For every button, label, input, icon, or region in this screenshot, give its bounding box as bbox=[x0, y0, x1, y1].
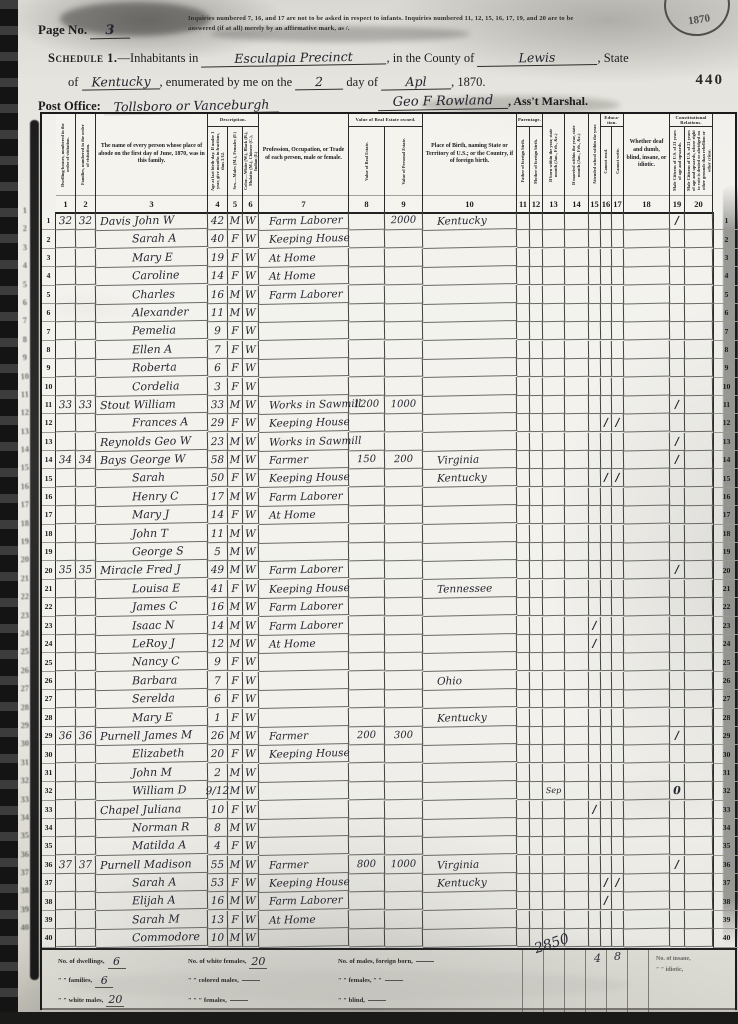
cell-married-month bbox=[565, 616, 589, 635]
cell-vote-denied bbox=[685, 285, 713, 304]
table-row: 38 Elijah A 16 M W Farm Laborer / 38 bbox=[42, 892, 735, 910]
cell-birthplace bbox=[423, 413, 517, 433]
cell-married-month bbox=[565, 635, 589, 654]
cell-male-citizen bbox=[670, 635, 685, 654]
cell-name: Serelda bbox=[96, 689, 208, 710]
cell-color: W bbox=[243, 929, 259, 948]
row-number-right: 32 bbox=[713, 782, 738, 800]
cell-sex: F bbox=[228, 745, 243, 764]
bleed-row-number: 25 bbox=[17, 646, 34, 665]
cell-male-citizen bbox=[670, 708, 685, 727]
cell-vote-denied bbox=[685, 635, 713, 654]
cell-male-citizen bbox=[670, 745, 685, 764]
footer-stat-value: 6 bbox=[108, 955, 126, 969]
cell-personal-estate bbox=[385, 414, 423, 433]
cell-birthplace bbox=[423, 781, 517, 801]
cell-personal-estate bbox=[385, 671, 423, 690]
cell-family-number bbox=[76, 616, 96, 635]
col-header-cannot-write: Cannot write. bbox=[612, 127, 624, 195]
cell-age: 16 bbox=[208, 598, 228, 617]
row-number-left: 12 bbox=[42, 414, 56, 432]
column-number: 11 bbox=[517, 195, 530, 212]
cell-father-foreign bbox=[517, 525, 530, 544]
cell-attended-school bbox=[589, 782, 601, 801]
cell-real-estate bbox=[349, 506, 385, 525]
cell-father-foreign bbox=[517, 819, 530, 838]
cell-age: 14 bbox=[208, 616, 228, 635]
bleed-row-number: 24 bbox=[17, 628, 34, 647]
cell-married-month bbox=[565, 855, 589, 874]
cell-cannot-write bbox=[612, 212, 624, 231]
cell-male-citizen: / bbox=[670, 451, 685, 470]
table-row: 4 Caroline 14 F W At Home 4 bbox=[42, 267, 735, 285]
row-number-right: 34 bbox=[713, 819, 738, 837]
schedule-label: Schedule 1. bbox=[48, 51, 117, 65]
footer-stat-label: No. of white females, bbox=[188, 958, 246, 965]
cell-attended-school: / bbox=[589, 616, 601, 635]
cell-color: W bbox=[243, 396, 259, 415]
cell-occupation bbox=[259, 689, 349, 709]
cell-sex: F bbox=[228, 359, 243, 378]
cell-color: W bbox=[243, 488, 259, 507]
census-table: Dwelling-houses, numbered in the order o… bbox=[40, 112, 737, 1010]
row-number-right: 9 bbox=[713, 359, 738, 377]
cell-mother-foreign bbox=[530, 322, 543, 341]
row-number-right: 1 bbox=[713, 212, 738, 230]
cell-cannot-write bbox=[612, 249, 624, 268]
table-row: 32 William D 9/12 M W Sep 0 32 bbox=[42, 782, 735, 800]
cell-cannot-read bbox=[601, 672, 612, 691]
row-number-right: 29 bbox=[713, 727, 738, 745]
cell-name: Mary J bbox=[96, 505, 208, 526]
row-number-left: 35 bbox=[42, 837, 56, 855]
cell-dwelling-number bbox=[56, 800, 76, 819]
cell-mother-foreign bbox=[530, 341, 543, 360]
cell-sex: F bbox=[228, 267, 243, 286]
cell-vote-denied bbox=[685, 855, 713, 874]
cell-real-estate bbox=[349, 304, 385, 323]
post-office-label: Post Office: bbox=[38, 99, 101, 113]
cell-age: 58 bbox=[208, 451, 228, 470]
cell-father-foreign bbox=[517, 433, 530, 452]
cell-father-foreign bbox=[517, 653, 530, 672]
cell-name: Elizabeth bbox=[96, 744, 208, 765]
cell-family-number bbox=[76, 322, 96, 341]
cell-cannot-read bbox=[601, 212, 612, 231]
cell-cannot-write bbox=[612, 892, 624, 911]
cell-married-month bbox=[565, 782, 589, 801]
cell-name: Elijah A bbox=[96, 891, 208, 912]
cell-cannot-write bbox=[612, 800, 624, 819]
cell-father-foreign bbox=[517, 598, 530, 617]
cell-born-month bbox=[543, 819, 565, 838]
cell-male-citizen bbox=[670, 690, 685, 709]
cell-male-citizen bbox=[670, 322, 685, 341]
cell-real-estate: 800 bbox=[349, 855, 385, 874]
cell-occupation: At Home bbox=[259, 910, 349, 930]
cell-deaf-dumb bbox=[624, 653, 670, 672]
row-number-left: 7 bbox=[42, 322, 56, 340]
cell-vote-denied bbox=[685, 396, 713, 415]
row-number-left: 23 bbox=[42, 617, 56, 635]
cell-mother-foreign bbox=[530, 469, 543, 488]
cell-birthplace bbox=[423, 891, 517, 911]
cell-deaf-dumb bbox=[624, 671, 670, 690]
table-row: 21 Louisa E 41 F W Keeping House Tenness… bbox=[42, 580, 735, 598]
column-number: 18 bbox=[624, 195, 670, 212]
cell-personal-estate: 1000 bbox=[385, 396, 423, 415]
row-number-right: 5 bbox=[713, 286, 738, 304]
cell-age: 11 bbox=[208, 304, 228, 323]
cell-father-foreign bbox=[517, 304, 530, 323]
cell-vote-denied bbox=[685, 929, 713, 948]
cell-real-estate bbox=[349, 616, 385, 635]
cell-real-estate bbox=[349, 929, 385, 948]
cell-male-citizen bbox=[670, 892, 685, 911]
cell-color: W bbox=[243, 506, 259, 525]
cell-mother-foreign bbox=[530, 359, 543, 378]
cell-personal-estate bbox=[385, 377, 423, 396]
row-number-right: 25 bbox=[713, 653, 738, 671]
cell-vote-denied bbox=[685, 359, 713, 378]
month-value: Apl bbox=[381, 73, 451, 90]
cell-deaf-dumb bbox=[624, 745, 670, 764]
cell-born-month bbox=[543, 837, 565, 856]
bleed-row-number: 17 bbox=[17, 499, 34, 518]
cell-deaf-dumb bbox=[624, 543, 670, 562]
cell-deaf-dumb bbox=[624, 874, 670, 893]
cell-family-number bbox=[76, 230, 96, 249]
cell-mother-foreign bbox=[530, 782, 543, 801]
row-number-right: 40 bbox=[713, 929, 738, 947]
cell-color: W bbox=[243, 892, 259, 911]
scan-bottom-edge bbox=[0, 1012, 738, 1024]
cell-married-month bbox=[565, 524, 589, 543]
row-number-right: 2 bbox=[713, 230, 738, 248]
cell-born-month bbox=[543, 580, 565, 599]
cell-age: 3 bbox=[208, 377, 228, 396]
cell-born-month bbox=[543, 249, 565, 268]
cell-cannot-read bbox=[601, 377, 612, 396]
cell-dwelling-number bbox=[56, 580, 76, 599]
cell-cannot-read bbox=[601, 708, 612, 727]
cell-father-foreign bbox=[517, 561, 530, 580]
precinct-value: Esculapia Precinct bbox=[201, 48, 386, 67]
cell-attended-school bbox=[589, 672, 601, 691]
cell-born-month bbox=[543, 377, 565, 396]
row-number-right: 37 bbox=[713, 874, 738, 892]
footer-stat-value bbox=[385, 980, 403, 981]
cell-sex: M bbox=[228, 396, 243, 415]
cell-family-number bbox=[76, 304, 96, 323]
cell-born-month bbox=[543, 708, 565, 727]
cell-personal-estate bbox=[385, 635, 423, 654]
cell-sex: F bbox=[228, 249, 243, 268]
cell-personal-estate bbox=[385, 874, 423, 893]
cell-sex: F bbox=[228, 708, 243, 727]
cell-real-estate bbox=[349, 892, 385, 911]
cell-born-month: Sep bbox=[543, 782, 565, 801]
cell-cannot-read: / bbox=[601, 892, 612, 911]
cell-name: Pemelia bbox=[96, 321, 208, 342]
cell-deaf-dumb bbox=[624, 818, 670, 837]
footer-stat-value bbox=[242, 980, 260, 981]
cell-personal-estate bbox=[385, 579, 423, 598]
cell-cannot-write: / bbox=[612, 414, 624, 433]
bleed-row-number: 37 bbox=[17, 867, 34, 886]
cell-cannot-read bbox=[601, 525, 612, 544]
cell-born-month bbox=[543, 267, 565, 286]
cell-family-number bbox=[76, 341, 96, 360]
cell-dwelling-number bbox=[56, 322, 76, 341]
row-number-right: 4 bbox=[713, 267, 738, 285]
cell-occupation bbox=[259, 377, 349, 397]
cell-cannot-write bbox=[612, 488, 624, 507]
cell-color: W bbox=[243, 745, 259, 764]
row-number-right: 17 bbox=[713, 506, 738, 524]
table-row: 12 Frances A 29 F W Keeping House / / 12 bbox=[42, 414, 735, 432]
cell-male-citizen bbox=[670, 911, 685, 930]
table-row: 36 37 37 Purnell Madison 55 M W Farmer 8… bbox=[42, 856, 735, 874]
table-row: 19 George S 5 M W 19 bbox=[42, 543, 735, 561]
cell-cannot-read bbox=[601, 451, 612, 470]
cell-vote-denied bbox=[685, 340, 713, 359]
cell-attended-school bbox=[589, 819, 601, 838]
cell-male-citizen bbox=[670, 377, 685, 396]
cell-dwelling-number bbox=[56, 653, 76, 672]
cell-sex: F bbox=[228, 672, 243, 691]
marshal-signature-line: Geo F Rowland, Ass't Marshal. bbox=[378, 94, 588, 110]
cell-birthplace: Tennessee bbox=[423, 579, 517, 599]
cell-occupation: At Home bbox=[259, 266, 349, 286]
of-label: of bbox=[68, 75, 78, 89]
cell-male-citizen bbox=[670, 359, 685, 378]
cell-name: Chapel Juliana bbox=[96, 799, 208, 820]
cell-family-number bbox=[76, 249, 96, 268]
row-number-right: 22 bbox=[713, 598, 738, 616]
cell-cannot-write bbox=[612, 635, 624, 654]
row-number-left: 5 bbox=[42, 286, 56, 304]
cell-deaf-dumb bbox=[624, 212, 670, 231]
row-number-left: 32 bbox=[42, 782, 56, 800]
cell-dwelling-number: 36 bbox=[56, 727, 76, 746]
cell-mother-foreign bbox=[530, 285, 543, 304]
cell-cannot-read bbox=[601, 727, 612, 746]
cell-occupation bbox=[259, 781, 349, 801]
cell-age: 1 bbox=[208, 708, 228, 727]
cell-attended-school: / bbox=[589, 635, 601, 654]
cell-color: W bbox=[243, 874, 259, 893]
cell-vote-denied bbox=[685, 745, 713, 764]
cell-cannot-write bbox=[612, 451, 624, 470]
cell-real-estate bbox=[349, 819, 385, 838]
cell-birthplace bbox=[423, 377, 517, 397]
bleed-row-number: 13 bbox=[17, 425, 34, 444]
cell-personal-estate: 200 bbox=[385, 451, 423, 470]
cell-sex: F bbox=[228, 653, 243, 672]
cell-attended-school bbox=[589, 708, 601, 727]
cell-family-number bbox=[76, 911, 96, 930]
cell-occupation: Keeping House bbox=[259, 413, 349, 433]
cell-real-estate bbox=[349, 763, 385, 782]
col-header-born-month: If born within the year, state month (Ja… bbox=[543, 114, 565, 195]
cell-family-number bbox=[76, 543, 96, 562]
cell-cannot-write bbox=[612, 819, 624, 838]
cell-attended-school bbox=[589, 727, 601, 746]
column-number: 10 bbox=[423, 195, 517, 212]
cell-vote-denied bbox=[685, 267, 713, 286]
cell-name: Sarah A bbox=[96, 229, 208, 250]
cell-real-estate bbox=[349, 359, 385, 378]
cell-personal-estate bbox=[385, 561, 423, 580]
cell-male-citizen bbox=[670, 524, 685, 543]
cell-dwelling-number bbox=[56, 249, 76, 268]
table-row: 2 Sarah A 40 F W Keeping House 2 bbox=[42, 230, 735, 248]
table-row: 22 James C 16 M W Farm Laborer 22 bbox=[42, 598, 735, 616]
row-number-right: 31 bbox=[713, 764, 738, 782]
col-header-real-estate: Value of Real Estate. bbox=[349, 127, 385, 195]
cell-personal-estate: 2000 bbox=[385, 212, 423, 231]
cell-real-estate bbox=[349, 230, 385, 249]
cell-vote-denied bbox=[685, 782, 713, 801]
cell-sex: M bbox=[228, 433, 243, 452]
cell-vote-denied bbox=[685, 248, 713, 267]
cell-personal-estate bbox=[385, 359, 423, 378]
cell-father-foreign bbox=[517, 727, 530, 746]
row-number-left: 27 bbox=[42, 690, 56, 708]
table-row: 14 34 34 Bays George W 58 M W Farmer 150… bbox=[42, 451, 735, 469]
cell-father-foreign bbox=[517, 543, 530, 562]
cell-color: W bbox=[243, 727, 259, 746]
cell-attended-school bbox=[589, 414, 601, 433]
cell-born-month bbox=[543, 414, 565, 433]
cell-father-foreign bbox=[517, 874, 530, 893]
cell-married-month bbox=[565, 672, 589, 691]
cell-real-estate bbox=[349, 285, 385, 304]
cell-dwelling-number bbox=[56, 819, 76, 838]
cell-occupation bbox=[259, 800, 349, 820]
cell-sex: F bbox=[228, 414, 243, 433]
cell-dwelling-number bbox=[56, 708, 76, 727]
row-number-right: 36 bbox=[713, 856, 738, 874]
footer-stat: No. of dwellings, 6 bbox=[58, 952, 188, 971]
cell-personal-estate bbox=[385, 800, 423, 819]
cell-age: 26 bbox=[208, 727, 228, 746]
column-number: 1 bbox=[56, 195, 76, 212]
cell-family-number: 33 bbox=[76, 396, 96, 415]
cell-occupation bbox=[259, 708, 349, 728]
cell-deaf-dumb bbox=[624, 340, 670, 359]
cell-sex: F bbox=[228, 690, 243, 709]
cell-occupation bbox=[259, 652, 349, 672]
cell-married-month bbox=[565, 543, 589, 562]
cell-mother-foreign bbox=[530, 377, 543, 396]
cell-age: 12 bbox=[208, 635, 228, 654]
cell-real-estate bbox=[349, 432, 385, 451]
cell-birthplace bbox=[423, 266, 517, 286]
cell-born-month bbox=[543, 543, 565, 562]
cell-cannot-write: / bbox=[612, 469, 624, 488]
cell-age: 55 bbox=[208, 855, 228, 874]
footer-stat-value bbox=[416, 961, 434, 962]
cell-deaf-dumb bbox=[624, 837, 670, 856]
cell-vote-denied bbox=[685, 598, 713, 617]
bleed-row-number: 16 bbox=[17, 480, 34, 499]
column-number: 3 bbox=[96, 195, 208, 212]
cell-age: 53 bbox=[208, 874, 228, 893]
cell-father-foreign bbox=[517, 267, 530, 286]
cell-cannot-write bbox=[612, 653, 624, 672]
cell-dwelling-number bbox=[56, 672, 76, 691]
cell-sex: M bbox=[228, 856, 243, 875]
cell-mother-foreign bbox=[530, 543, 543, 562]
column-number: 5 bbox=[228, 195, 243, 212]
row-number-right: 21 bbox=[713, 580, 738, 598]
cell-married-month bbox=[565, 396, 589, 415]
cell-family-number bbox=[76, 837, 96, 856]
cell-born-month bbox=[543, 561, 565, 580]
cell-birthplace bbox=[423, 726, 517, 746]
cell-family-number bbox=[76, 506, 96, 525]
cell-color: W bbox=[243, 322, 259, 341]
cell-mother-foreign bbox=[530, 230, 543, 249]
cell-attended-school bbox=[589, 212, 601, 231]
cell-family-number bbox=[76, 708, 96, 727]
cell-color: W bbox=[243, 598, 259, 617]
table-row: 37 Sarah A 53 F W Keeping House Kentucky… bbox=[42, 874, 735, 892]
row-number-right: 10 bbox=[713, 378, 738, 396]
cell-mother-foreign bbox=[530, 672, 543, 691]
cell-occupation: Keeping House bbox=[259, 229, 349, 249]
cell-deaf-dumb bbox=[624, 322, 670, 341]
bleed-row-number: 4 bbox=[17, 260, 34, 279]
state-value: Kentucky bbox=[81, 73, 159, 90]
cell-dwelling-number bbox=[56, 598, 76, 617]
cell-family-number bbox=[76, 488, 96, 507]
cell-family-number bbox=[76, 745, 96, 764]
cell-personal-estate bbox=[385, 230, 423, 249]
cell-mother-foreign bbox=[530, 764, 543, 783]
bleed-row-number: 5 bbox=[17, 278, 34, 297]
bleed-row-number: 33 bbox=[17, 793, 34, 812]
cell-married-month bbox=[565, 488, 589, 507]
cell-born-month bbox=[543, 800, 565, 819]
cell-real-estate bbox=[349, 322, 385, 341]
column-number: 6 bbox=[243, 195, 259, 212]
cell-father-foreign bbox=[517, 469, 530, 488]
cell-name: Cordelia bbox=[96, 376, 208, 397]
table-row: 6 Alexander 11 M W 6 bbox=[42, 304, 735, 322]
row-number-left: 16 bbox=[42, 488, 56, 506]
cell-sex: F bbox=[228, 341, 243, 360]
cell-deaf-dumb bbox=[624, 524, 670, 543]
cell-personal-estate bbox=[385, 653, 423, 672]
cell-age: 13 bbox=[208, 911, 228, 930]
cell-dwelling-number: 35 bbox=[56, 561, 76, 580]
cell-married-month bbox=[565, 451, 589, 470]
col-header-married-month: If married within the year, state month … bbox=[565, 114, 589, 195]
cell-mother-foreign bbox=[530, 249, 543, 268]
cell-personal-estate bbox=[385, 524, 423, 543]
bleed-row-number: 38 bbox=[17, 885, 34, 904]
cell-married-month bbox=[565, 249, 589, 268]
col-header-families: Families, numbered in the order of visit… bbox=[76, 114, 96, 195]
row-number-left: 37 bbox=[42, 874, 56, 892]
cell-sex: F bbox=[228, 469, 243, 488]
table-row: 39 Sarah M 13 F W At Home 39 bbox=[42, 911, 735, 929]
cell-real-estate bbox=[349, 745, 385, 764]
cell-age: 40 bbox=[208, 230, 228, 249]
